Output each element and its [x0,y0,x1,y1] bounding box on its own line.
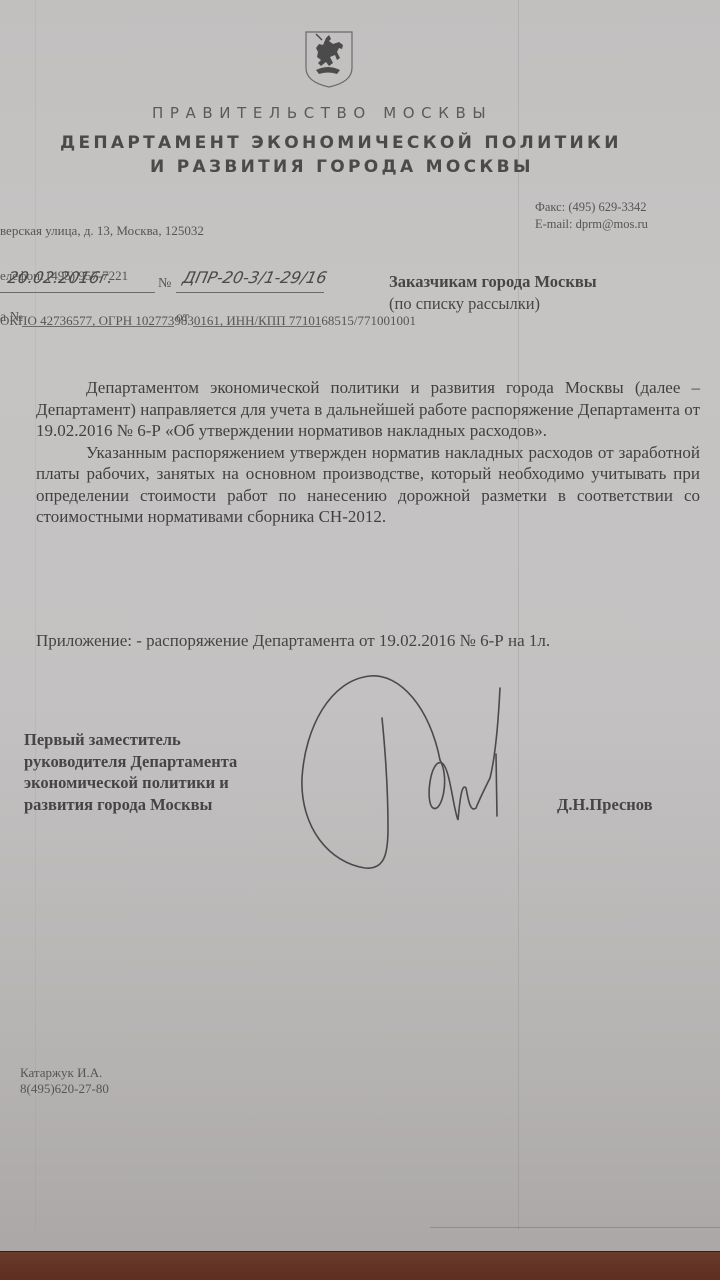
moscow-emblem-icon [304,30,354,88]
government-title: ПРАВИТЕЛЬСТВО МОСКВЫ [152,104,492,122]
executor-phone: 8(495)620-27-80 [20,1081,109,1097]
executor-info: Катаржук И.А. 8(495)620-27-80 [20,1065,109,1097]
addressee-title: Заказчикам города Москвы [389,272,597,291]
letter-body: Департаментом экономической политики и р… [36,377,700,528]
body-paragraph: Департаментом экономической политики и р… [36,377,700,442]
registration-date: 20.02.2016г. [6,268,115,287]
signer-position-line: Первый заместитель [24,729,237,751]
reply-from-label: от [176,310,189,326]
paper-fold [518,0,519,1230]
attachment-note: Приложение: - распоряжение Департамента … [36,631,550,651]
date-underline [0,292,155,293]
body-paragraph: Указанным распоряжением утвержден нормат… [36,442,700,528]
department-title-line1: ДЕПАРТАМЕНТ ЭКОНОМИЧЕСКОЙ ПОЛИТИКИ [60,133,622,153]
reply-number-underline [22,326,174,327]
addressee-note: (по списку рассылки) [389,293,597,315]
signer-position-line: руководителя Департамента [24,751,237,773]
desk-surface [0,1251,720,1280]
number-underline [176,292,324,293]
addressee: Заказчикам города Москвы (по списку расс… [389,271,597,315]
signer-position: Первый заместитель руководителя Департам… [24,729,237,815]
department-contacts: Факс: (495) 629-3342 E-mail: dprm@mos.ru [535,199,648,233]
department-address: верская улица, д. 13, Москва, 125032 [0,223,416,238]
reply-date-underline [193,326,321,327]
handwritten-signature-icon [290,668,530,878]
department-email: E-mail: dprm@mos.ru [535,216,648,233]
registration-number: ДПР-20-3/1-29/16 [181,268,329,287]
number-sign: № [158,276,171,292]
executor-name: Катаржук И.А. [20,1065,109,1081]
department-fax: Факс: (495) 629-3342 [535,199,648,216]
signer-position-line: развития города Москвы [24,794,237,816]
paper-fold [430,1227,720,1228]
signer-position-line: экономической политики и [24,772,237,794]
signer-name: Д.Н.Преснов [557,795,653,815]
department-title-line2: И РАЗВИТИЯ ГОРОДА МОСКВЫ [150,157,534,177]
reply-to-label: а № [0,310,23,326]
paper-fold [35,0,36,1230]
